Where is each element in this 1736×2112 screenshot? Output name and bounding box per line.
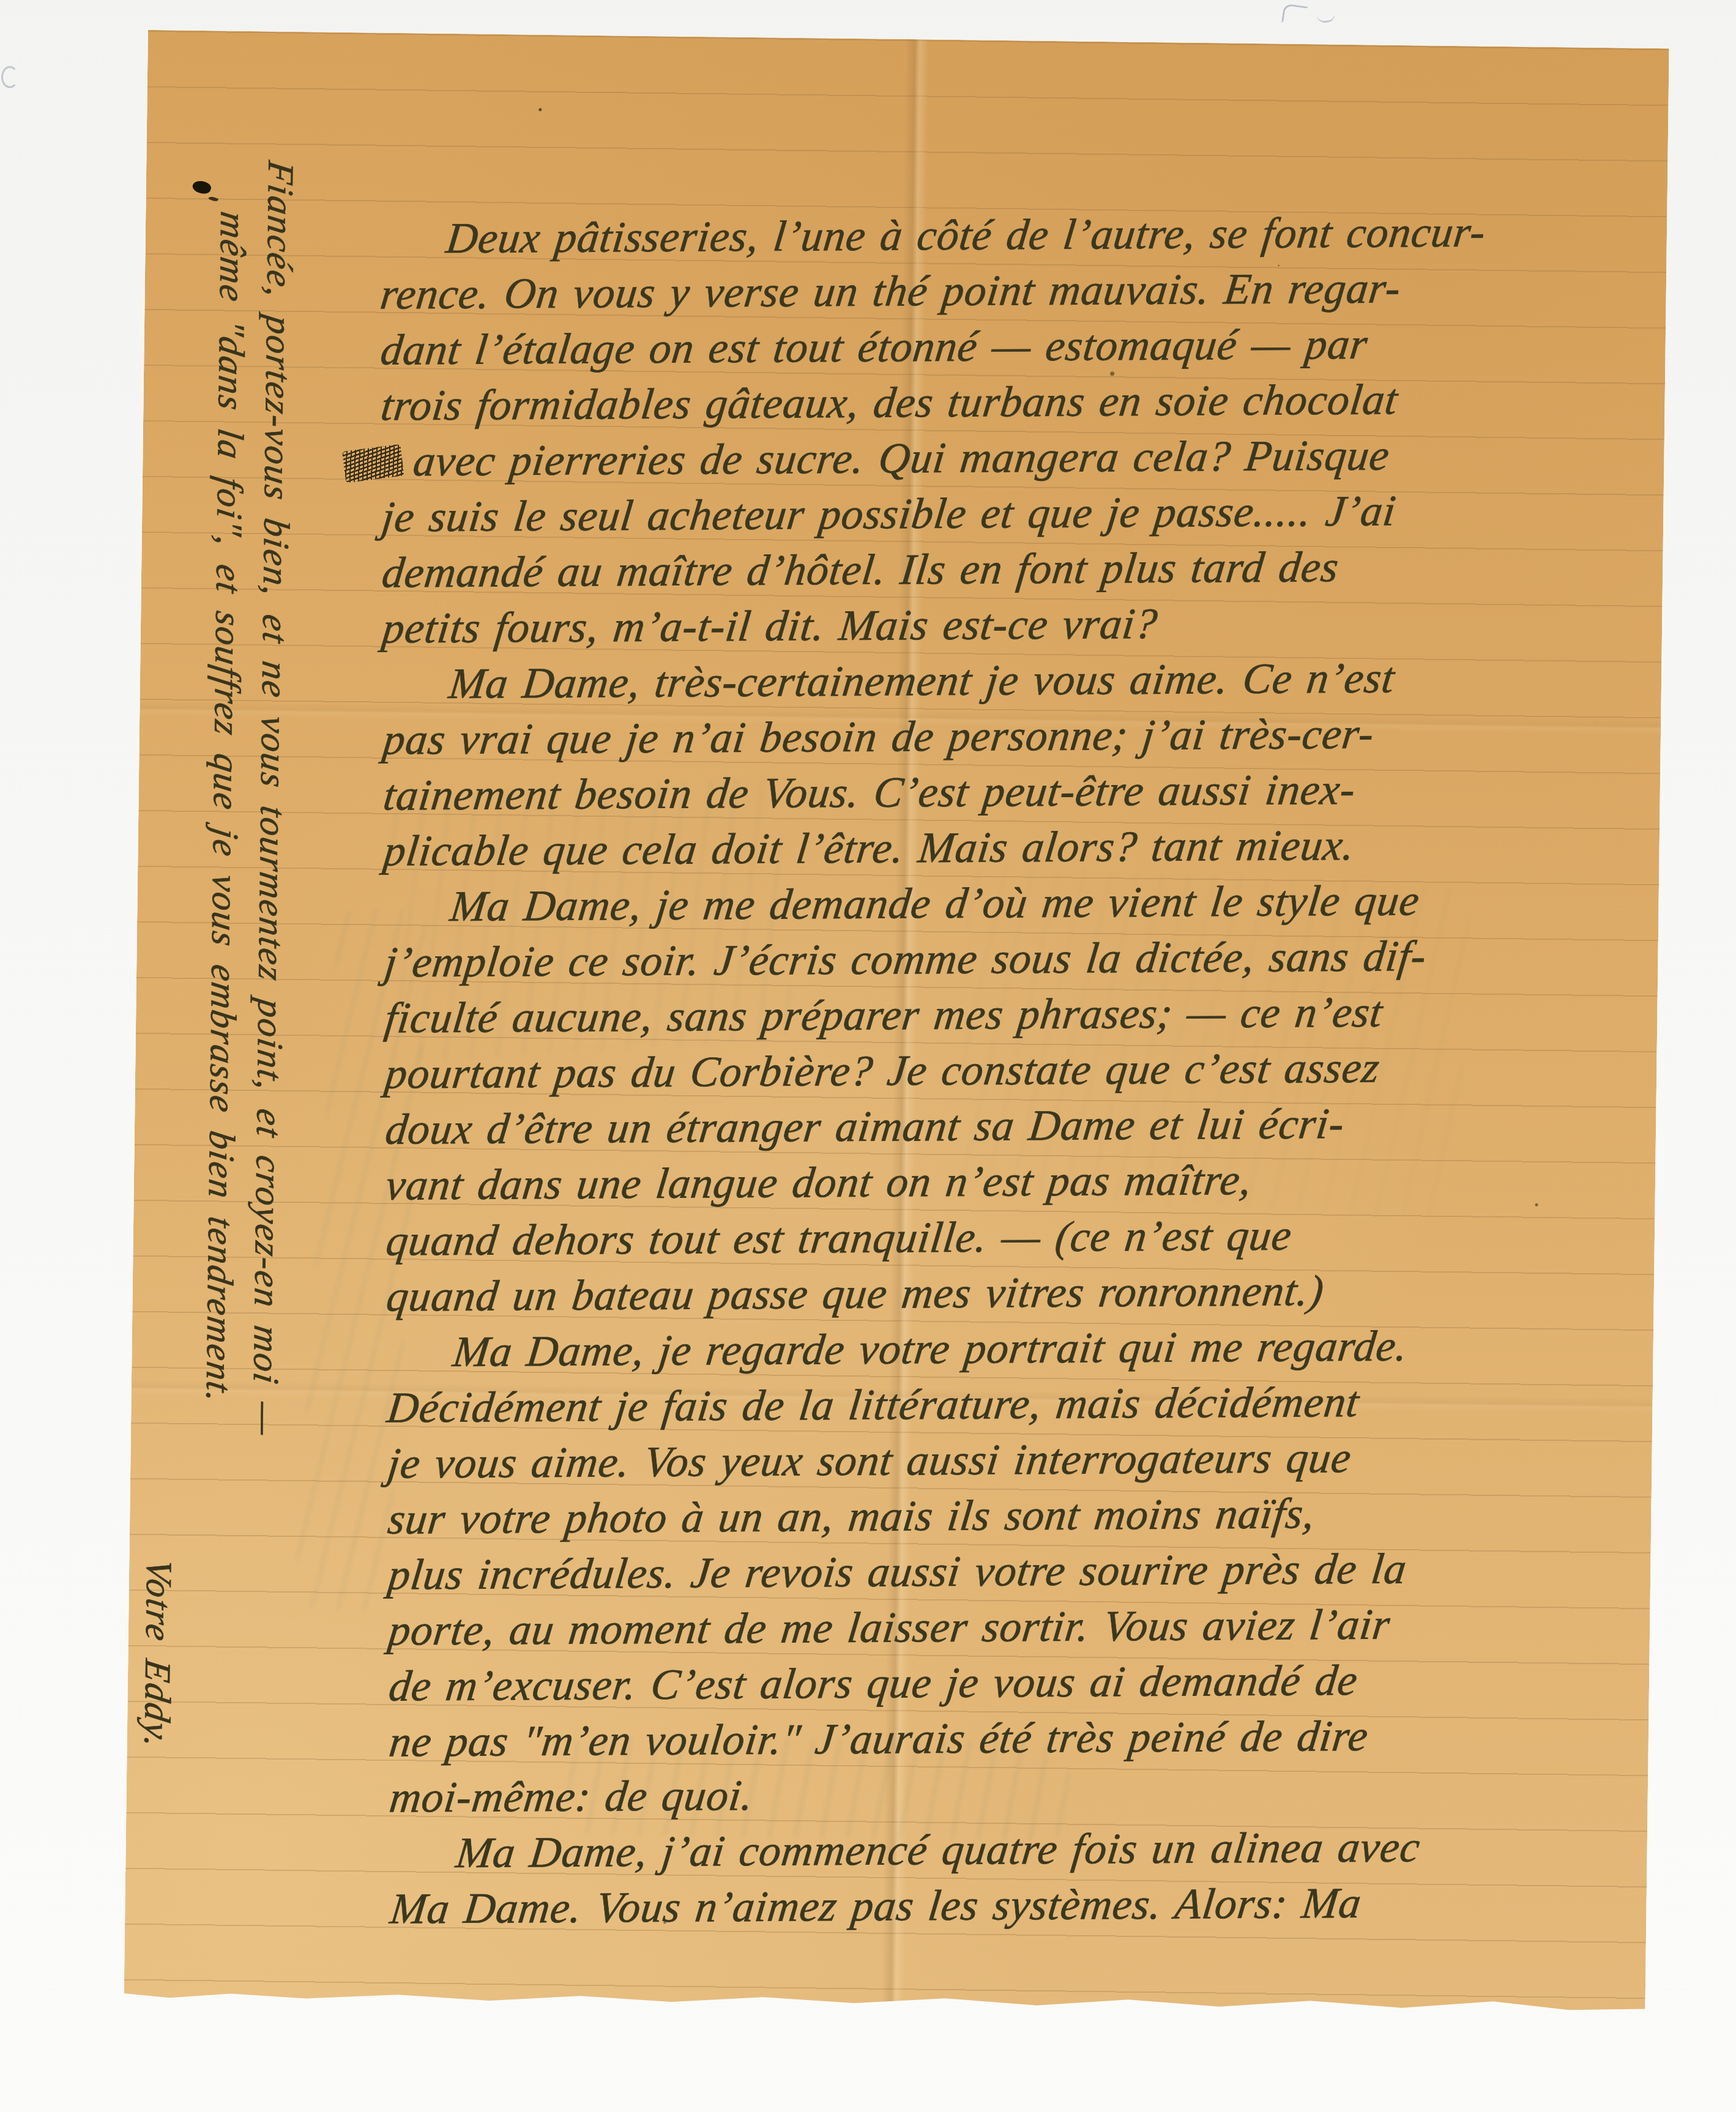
letter-line-text: pourtant pas du Corbière? Je constate qu… bbox=[382, 1041, 1383, 1102]
margin-note-line: Fiancée, portez-vous bien, et ne vous to… bbox=[245, 161, 301, 1437]
crossed-out-word bbox=[342, 444, 404, 483]
letter-line: porte, au moment de me laisser sortir. V… bbox=[389, 1596, 1665, 1659]
letter-line: moi-même: de quoi. bbox=[390, 1763, 1666, 1826]
letter-line: trois formidables gâteaux, des turbans e… bbox=[381, 371, 1658, 434]
letter-line-text: porte, au moment de me laisser sortir. V… bbox=[386, 1597, 1393, 1659]
letter-line: tainement besoin de Vous. C’est peut-êtr… bbox=[384, 760, 1660, 824]
letter-line-text: dant l’étalage on est tout étonné — esto… bbox=[378, 317, 1371, 379]
letter-line-text: doux d’être un étranger aimant sa Dame e… bbox=[382, 1096, 1347, 1158]
letter-line: demandé au maître d’hôtel. Ils en font p… bbox=[382, 538, 1659, 601]
letter-line: plicable que cela doit l’être. Mais alor… bbox=[384, 816, 1660, 880]
letter-line-text: demandé au maître d’hôtel. Ils en font p… bbox=[379, 540, 1342, 601]
letter-line-text: de m’excuser. C’est alors que je vous ai… bbox=[386, 1653, 1361, 1715]
letter-line: je suis le seul acheteur possible et que… bbox=[382, 482, 1658, 546]
letter-line-text: tainement besoin de Vous. C’est peut-êtr… bbox=[381, 762, 1358, 824]
letter-line-text: avec pierreries de sucre. Qui mangera ce… bbox=[410, 428, 1393, 489]
letter-line: Ma Dame. Vous n’aimez pas les systèmes. … bbox=[390, 1874, 1667, 1938]
letter-line: vant dans une langue dont on n’est pas m… bbox=[386, 1150, 1663, 1214]
letter-line-text: rence. On vous y verse un thé point mauv… bbox=[378, 261, 1404, 322]
letter-line-text: Ma Dame, je regarde votre portrait qui m… bbox=[450, 1318, 1410, 1380]
margin-note-text: même "dans la foi", et souffrez que je v… bbox=[199, 209, 254, 1406]
letter-line: quand dehors tout est tranquille. — (ce … bbox=[386, 1206, 1663, 1270]
letter-line-text: pas vrai que je n’ai besoin de personne;… bbox=[380, 707, 1377, 768]
letter-line: Ma Dame, je regarde votre portrait qui m… bbox=[387, 1317, 1663, 1381]
letter-line: petits fours, m’a-t-il dit. Mais est-ce … bbox=[382, 593, 1659, 657]
margin-note-line: même "dans la foi", et souffrez que je v… bbox=[198, 212, 253, 1404]
letter-line-text: plicable que cela doit l’être. Mais alor… bbox=[381, 818, 1358, 880]
letter-line-text: Ma Dame. Vous n’aimez pas les systèmes. … bbox=[387, 1876, 1365, 1938]
letter-line-text: quand dehors tout est tranquille. — (ce … bbox=[383, 1208, 1295, 1269]
letter-line-text: je suis le seul acheteur possible et que… bbox=[379, 483, 1399, 545]
letter-line: sur votre photo à un an, mais ils sont m… bbox=[388, 1484, 1664, 1548]
letter-line: Deux pâtisseries, l’une à côté de l’autr… bbox=[380, 204, 1656, 267]
signature-text: Votre Eddy. bbox=[137, 1557, 180, 1751]
letter-line: Ma Dame, très-certainement je vous aime.… bbox=[383, 649, 1660, 713]
letter-line: Ma Dame, j’ai commencé quatre fois un al… bbox=[390, 1818, 1666, 1882]
letter-line: pourtant pas du Corbière? Je constate qu… bbox=[386, 1039, 1662, 1102]
scanned-letter-page: { "document": { "kind": "Handwritten let… bbox=[0, 0, 1736, 2112]
pencil-mark bbox=[1281, 3, 1308, 26]
letter-line: Décidément je fais de la littérature, ma… bbox=[387, 1373, 1664, 1437]
letter-line: pas vrai que je n’ai besoin de personne;… bbox=[383, 705, 1660, 768]
letter-line-text: moi-même: de quoi. bbox=[387, 1768, 756, 1826]
ink-blot bbox=[191, 179, 212, 196]
letter-body: Deux pâtisseries, l’une à côté de l’autr… bbox=[380, 204, 1666, 1938]
letter-line: rence. On vous y verse un thé point mauv… bbox=[381, 259, 1657, 323]
signature: Votre Eddy. bbox=[137, 1560, 180, 1749]
letter-line-text: vant dans une langue dont on n’est pas m… bbox=[383, 1153, 1255, 1214]
letter-line-text: Deux pâtisseries, l’une à côté de l’autr… bbox=[443, 205, 1489, 267]
letter-line: Ma Dame, je me demande d’où me vient le … bbox=[384, 872, 1661, 935]
letter-line: de m’excuser. C’est alors que je vous ai… bbox=[389, 1651, 1666, 1715]
letter-line-text: je vous aime. Vos yeux sont aussi interr… bbox=[384, 1430, 1354, 1492]
letter-line-text: petits fours, m’a-t-il dit. Mais est-ce … bbox=[379, 597, 1161, 657]
letter-line-text: ne pas "m’en vouloir." J’aurais été très… bbox=[386, 1709, 1371, 1771]
letter-line-text: sur votre photo à un an, mais ils sont m… bbox=[385, 1486, 1318, 1547]
letter-line-text: quand un bateau passe que mes vitres ron… bbox=[384, 1263, 1327, 1325]
letter-line: plus incrédules. Je revois aussi votre s… bbox=[389, 1540, 1665, 1604]
letter-line: quand un bateau passe que mes vitres ron… bbox=[387, 1262, 1663, 1325]
letter-line: ficulté aucune, sans préparer mes phrase… bbox=[385, 983, 1661, 1047]
letter-line: j’emploie ce soir. J’écris comme sous la… bbox=[385, 928, 1661, 991]
letter-line-text: Ma Dame, je me demande d’où me vient le … bbox=[447, 873, 1423, 935]
letter-line-text: Ma Dame, j’ai commencé quatre fois un al… bbox=[453, 1820, 1423, 1881]
letter-line-text: Décidément je fais de la littérature, ma… bbox=[384, 1375, 1362, 1437]
letter-line-text: j’emploie ce soir. J’écris comme sous la… bbox=[381, 929, 1429, 991]
letter-line: dant l’étalage on est tout étonné — esto… bbox=[381, 315, 1657, 379]
letter-line-text: trois formidables gâteaux, des turbans e… bbox=[378, 372, 1401, 434]
letter-line: avec pierreries de sucre. Qui mangera ce… bbox=[382, 426, 1658, 490]
letter-line-text: Ma Dame, très-certainement je vous aime.… bbox=[446, 650, 1398, 712]
letter-line-text: plus incrédules. Je revois aussi votre s… bbox=[386, 1541, 1410, 1603]
letter-line-text: ficulté aucune, sans préparer mes phrase… bbox=[382, 985, 1386, 1047]
paper-specks bbox=[538, 108, 542, 111]
letter-paper: Fiancée, portez-vous bien, et ne vous to… bbox=[124, 30, 1669, 2031]
pencil-mark bbox=[1, 66, 18, 88]
letter-line: ne pas "m’en vouloir." J’aurais été très… bbox=[389, 1707, 1666, 1771]
letter-line: je vous aime. Vos yeux sont aussi interr… bbox=[388, 1429, 1664, 1492]
margin-note-text: Fiancée, portez-vous bien, et ne vous to… bbox=[245, 158, 301, 1439]
pencil-mark bbox=[1316, 11, 1336, 23]
letter-line: doux d’être un étranger aimant sa Dame e… bbox=[386, 1095, 1662, 1158]
